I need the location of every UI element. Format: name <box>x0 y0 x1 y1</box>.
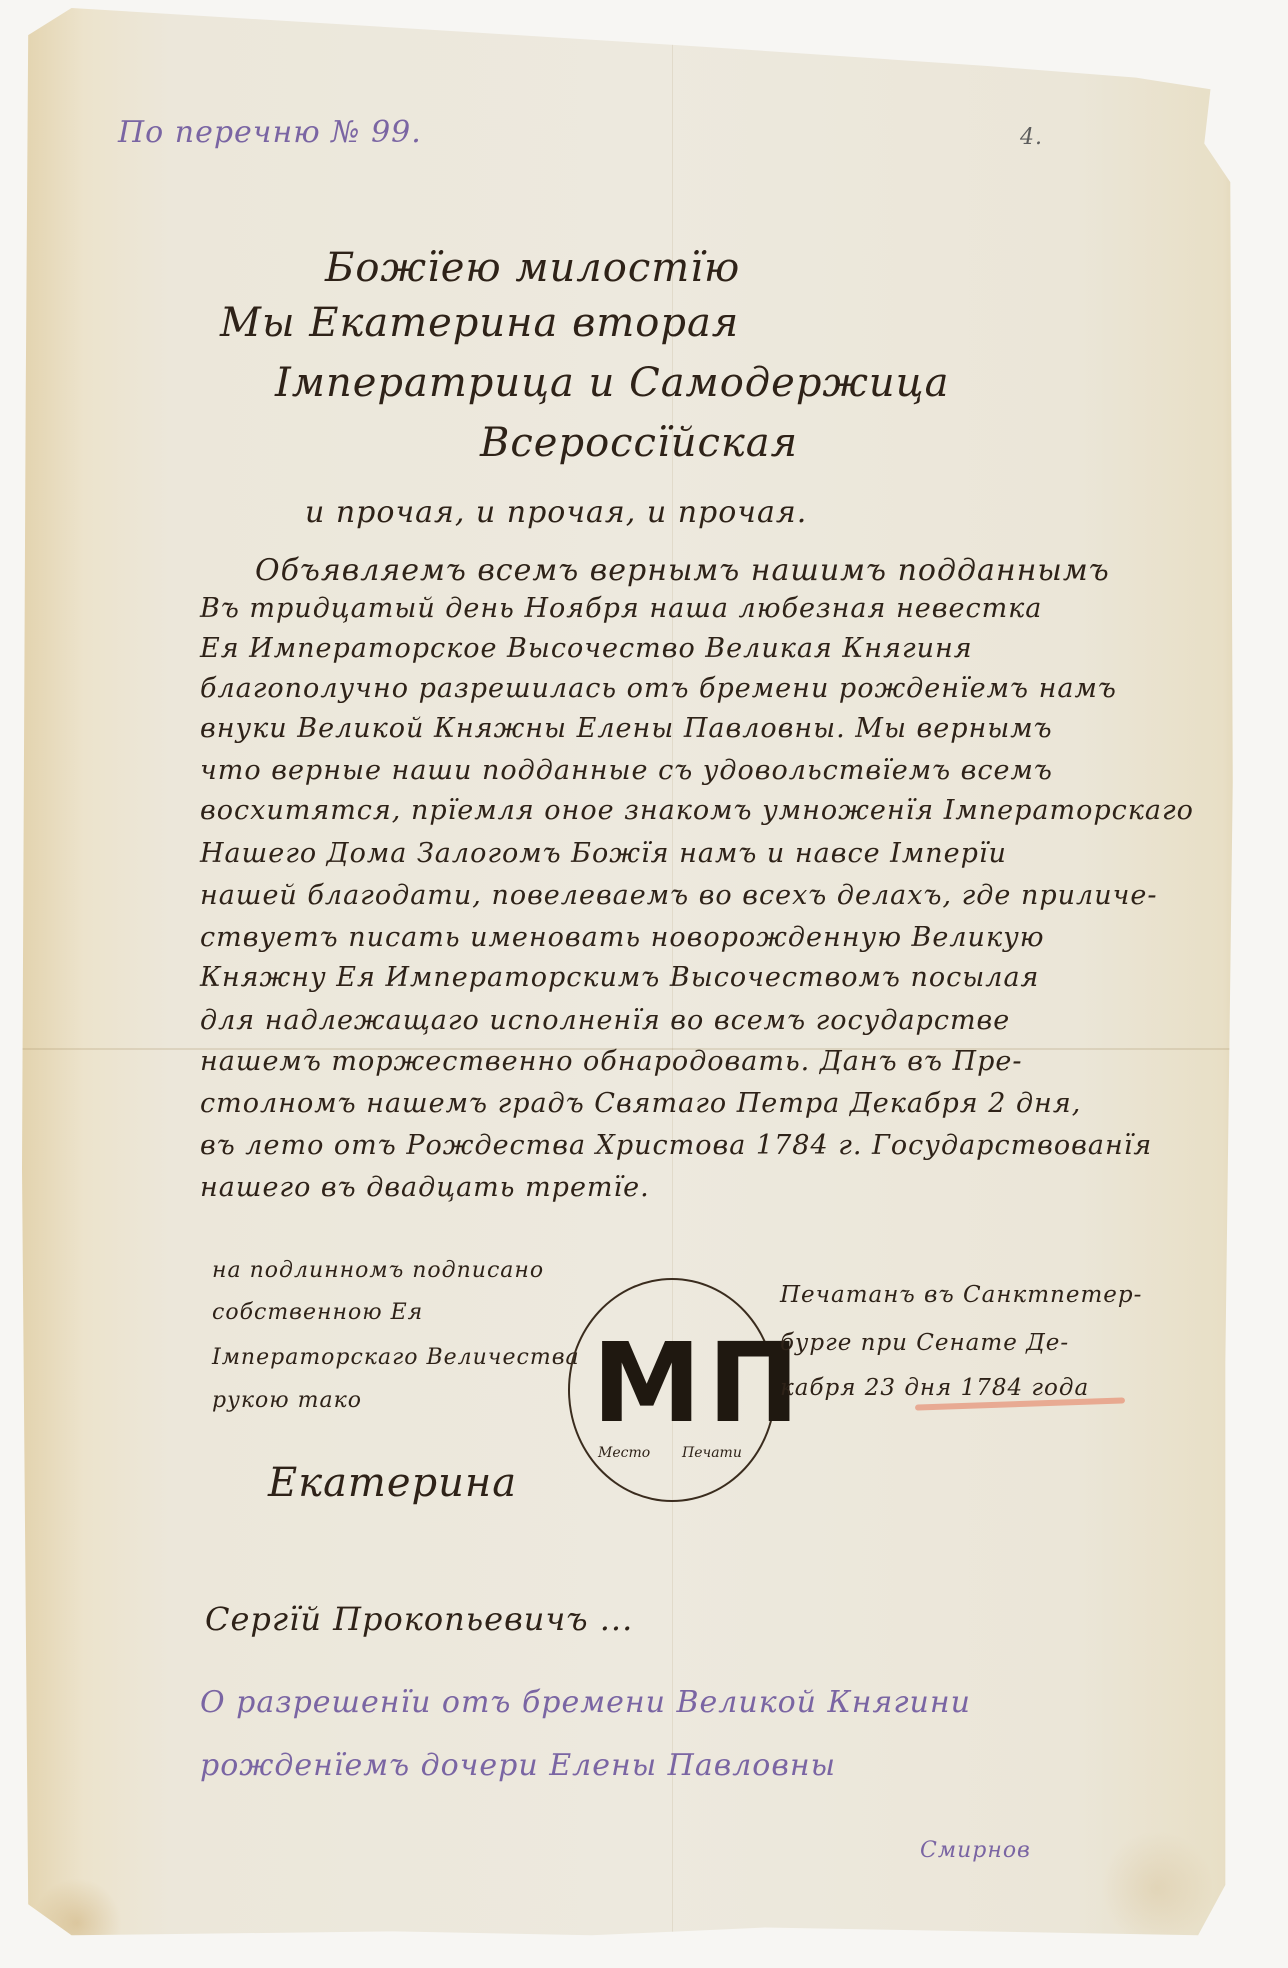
body-line-1: Объявляемъ всемъ вернымъ нашимъ подданны… <box>255 553 1110 588</box>
seal-label-left: Место <box>598 1445 650 1461</box>
archive-note: По перечню № 99. <box>118 115 422 150</box>
archive-annotation-line-2: рожденїемъ дочери Елены Павловны <box>200 1748 836 1783</box>
signature-note-line-3: Iмператорскаго Величества <box>212 1345 580 1370</box>
seal-circle: МП Место Печати <box>568 1278 776 1502</box>
body-line-2: Въ тридцатый день Ноября наша любезная н… <box>200 593 1042 624</box>
body-line-10: ствуетъ писать именовать новорожденную В… <box>200 922 1045 953</box>
stain <box>1102 1828 1212 1948</box>
heading-line-1: Божїею милостїю <box>325 245 740 291</box>
body-line-14: столномъ нашемъ градъ Святаго Петра Дека… <box>200 1088 1081 1119</box>
body-line-8: Нашего Дома Залогомъ Божїя намъ и навсе … <box>200 838 1007 869</box>
print-note-line-3: кабря 23 дня 1784 года <box>780 1375 1089 1401</box>
corner-note: 4. <box>1020 125 1043 150</box>
stain <box>32 1878 122 1968</box>
archive-signature: Смирнов <box>920 1838 1031 1863</box>
body-line-7: восхитятся, прїемля оное знакомъ умножен… <box>200 795 1194 826</box>
archive-annotation-line-1: О разрешенїи отъ бремени Великой Княгини <box>200 1685 971 1720</box>
print-note-line-2: бурге при Сенате Де- <box>780 1330 1069 1356</box>
body-line-4: благополучно разрешилась отъ бремени рож… <box>200 673 1117 704</box>
body-line-5: внуки Великой Княжны Елены Павловны. Мы … <box>200 713 1053 744</box>
footer-note: Сергїй Прокопьевичъ ... <box>205 1600 633 1638</box>
seal-letters: МП <box>592 1328 806 1438</box>
print-note-line-1: Печатанъ въ Санктпетер- <box>780 1282 1142 1308</box>
signature-note-line-4: рукою тако <box>212 1388 362 1413</box>
body-line-3: Ея Императорское Высочество Великая Княг… <box>200 633 973 664</box>
heading-line-4: Всероссїйская <box>480 420 798 466</box>
body-line-9: нашей благодати, повелеваемъ во всехъ де… <box>200 880 1158 911</box>
signature-name: Екатерина <box>268 1460 517 1506</box>
seal-label-right: Печати <box>682 1445 742 1461</box>
body-line-11: Княжну Ея Императорскимъ Высочествомъ по… <box>200 962 1039 993</box>
heading-line-3: Iмператрица и Самодержица <box>275 360 949 406</box>
heading-line-2: Мы Екатерина вторая <box>220 300 739 346</box>
body-line-15: въ лето отъ Рождества Христова 1784 г. Г… <box>200 1130 1152 1161</box>
signature-note-line-2: собственною Ея <box>212 1300 423 1325</box>
body-line-6: что верные наши подданные съ удовольствї… <box>200 755 1053 786</box>
body-line-16: нашего въ двадцать третїе. <box>200 1172 650 1203</box>
titles-line: и прочая, и прочая, и прочая. <box>305 495 807 530</box>
body-line-13: нашемъ торжественно обнародовать. Данъ в… <box>200 1046 1022 1077</box>
body-line-12: для надлежащаго исполненїя во всемъ госу… <box>200 1005 1010 1036</box>
signature-note-line-1: на подлинномъ подписано <box>212 1258 544 1283</box>
